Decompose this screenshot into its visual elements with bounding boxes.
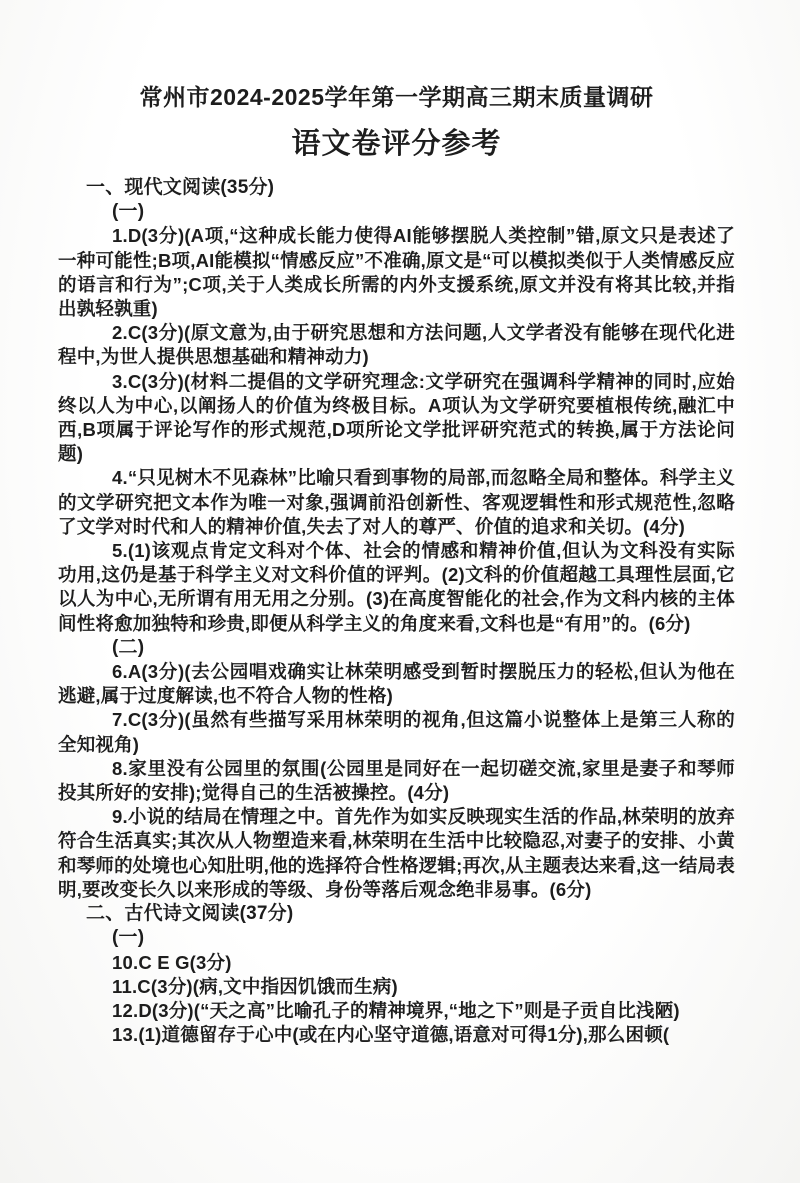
answer-paragraph-1: 1.D(3分)(A项,“这种成长能力使得AI能够摆脱人类控制”错,原文只是表述了…	[58, 224, 735, 321]
subsection-label-3: (一)	[58, 926, 735, 950]
document-page: 常州市2024-2025学年第一学期高三期末质量调研 语文卷评分参考 一、现代文…	[0, 0, 800, 1183]
answer-paragraph-4: 4.“只见树木不见森林”比喻只看到事物的局部,而忽略全局和整体。科学主义的文学研…	[58, 466, 735, 539]
scoring-reference-title: 语文卷评分参考	[58, 124, 735, 164]
answer-paragraph-9: 9.小说的结局在情理之中。首先作为如实反映现实生活的作品,林荣明的放弃符合生活真…	[58, 805, 735, 902]
section-heading-classical-reading: 二、古代诗文阅读(37分)	[58, 902, 735, 926]
exam-title: 常州市2024-2025学年第一学期高三期末质量调研	[58, 82, 735, 112]
answer-paragraph-8: 8.家里没有公园里的氛围(公园里是同好在一起切磋交流,家里是妻子和琴师投其所好的…	[58, 757, 735, 805]
section-heading-modern-text-reading: 一、现代文阅读(35分)	[58, 176, 735, 200]
subsection-label-1: (一)	[58, 200, 735, 224]
answer-paragraph-6: 6.A(3分)(去公园唱戏确实让林荣明感受到暂时摆脱压力的轻松,但认为他在逃避,…	[58, 660, 735, 708]
answer-paragraph-5: 5.(1)该观点肯定文科对个体、社会的情感和精神价值,但认为文科没有实际功用,这…	[58, 539, 735, 636]
answer-paragraph-12: 12.D(3分)(“天之高”比喻孔子的精神境界,“地之下”则是子贡自比浅陋)	[58, 999, 735, 1023]
answer-paragraph-10: 10.C E G(3分)	[58, 951, 735, 975]
answer-paragraph-11: 11.C(3分)(病,文中指因饥饿而生病)	[58, 975, 735, 999]
subsection-label-2: (二)	[58, 636, 735, 660]
answer-paragraph-13: 13.(1)道德留存于心中(或在内心坚守道德,语意对可得1分),那么困顿(	[58, 1023, 735, 1047]
answer-paragraph-2: 2.C(3分)(原文意为,由于研究思想和方法问题,人文学者没有能够在现代化进程中…	[58, 321, 735, 369]
answer-paragraph-7: 7.C(3分)(虽然有些描写采用林荣明的视角,但这篇小说整体上是第三人称的全知视…	[58, 708, 735, 756]
answer-paragraph-3: 3.C(3分)(材料二提倡的文学研究理念:文学研究在强调科学精神的同时,应始终以…	[58, 370, 735, 467]
